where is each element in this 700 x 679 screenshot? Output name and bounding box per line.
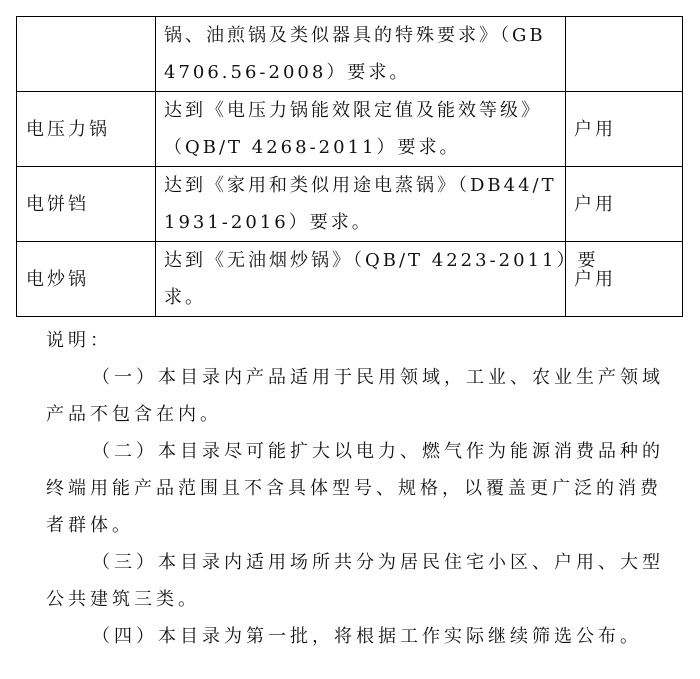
product-name-cell: 电饼铛 [17, 167, 156, 242]
requirement-cell: 达到《家用和类似用途电蒸锅》（DB44/T 1931-2016）要求。 [156, 167, 566, 242]
table-row: 电饼铛 达到《家用和类似用途电蒸锅》（DB44/T 1931-2016）要求。 … [17, 167, 683, 242]
requirement-cell: 锅、油煎锅及类似器具的特殊要求》（GB 4706.56-2008）要求。 [156, 17, 566, 92]
note-line: （三）本目录内适用场所共分为居民住宅小区、户用、大型 [46, 544, 666, 581]
usage-cell: 户用 [566, 167, 683, 242]
notes-title: 说明： [46, 322, 666, 359]
note-line: 终端用能产品范围且不含具体型号、规格，以覆盖更广泛的消费 [46, 470, 666, 507]
note-line: （一）本目录内产品适用于民用领域，工业、农业生产领域 [46, 359, 666, 396]
requirement-line: 求。 [164, 279, 561, 316]
requirement-line: 锅、油煎锅及类似器具的特殊要求》（GB [164, 17, 561, 54]
note-line: 产品不包含在内。 [46, 396, 666, 433]
note-line: （二）本目录尽可能扩大以电力、燃气作为能源消费品种的 [46, 433, 666, 470]
requirement-line: 达到《电压力锅能效限定值及能效等级》 [164, 92, 561, 129]
table-row: 电炒锅 达到《无油烟炒锅》（QB/T 4223-2011）要 求。 户用 [17, 242, 683, 317]
note-paragraph-1: （一）本目录内产品适用于民用领域，工业、农业生产领域 产品不包含在内。 [46, 359, 666, 433]
requirement-cell: 达到《电压力锅能效限定值及能效等级》 （QB/T 4268-2011）要求。 [156, 92, 566, 167]
requirement-cell: 达到《无油烟炒锅》（QB/T 4223-2011）要 求。 [156, 242, 566, 317]
table-row: 锅、油煎锅及类似器具的特殊要求》（GB 4706.56-2008）要求。 [17, 17, 683, 92]
usage-cell: 户用 [566, 92, 683, 167]
note-paragraph-4: （四）本目录为第一批，将根据工作实际继续筛选公布。 [46, 618, 666, 655]
requirement-line: 达到《无油烟炒锅》（QB/T 4223-2011）要 [164, 242, 561, 279]
note-paragraph-2: （二）本目录尽可能扩大以电力、燃气作为能源消费品种的 终端用能产品范围且不含具体… [46, 433, 666, 544]
requirement-line: （QB/T 4268-2011）要求。 [164, 129, 561, 166]
product-name-cell: 电压力锅 [17, 92, 156, 167]
product-name-cell: 电炒锅 [17, 242, 156, 317]
requirement-line: 1931-2016）要求。 [164, 204, 561, 241]
table-row: 电压力锅 达到《电压力锅能效限定值及能效等级》 （QB/T 4268-2011）… [17, 92, 683, 167]
note-line: 者群体。 [46, 507, 666, 544]
note-paragraph-3: （三）本目录内适用场所共分为居民住宅小区、户用、大型 公共建筑三类。 [46, 544, 666, 618]
requirement-line: 4706.56-2008）要求。 [164, 54, 561, 91]
product-catalog-table: 锅、油煎锅及类似器具的特殊要求》（GB 4706.56-2008）要求。 电压力… [16, 16, 683, 317]
note-line: 公共建筑三类。 [46, 581, 666, 618]
notes-section: 说明： （一）本目录内产品适用于民用领域，工业、农业生产领域 产品不包含在内。 … [46, 322, 666, 655]
requirement-line: 达到《家用和类似用途电蒸锅》（DB44/T [164, 167, 561, 204]
product-name-cell [17, 17, 156, 92]
usage-cell [566, 17, 683, 92]
note-line: （四）本目录为第一批，将根据工作实际继续筛选公布。 [46, 618, 666, 655]
